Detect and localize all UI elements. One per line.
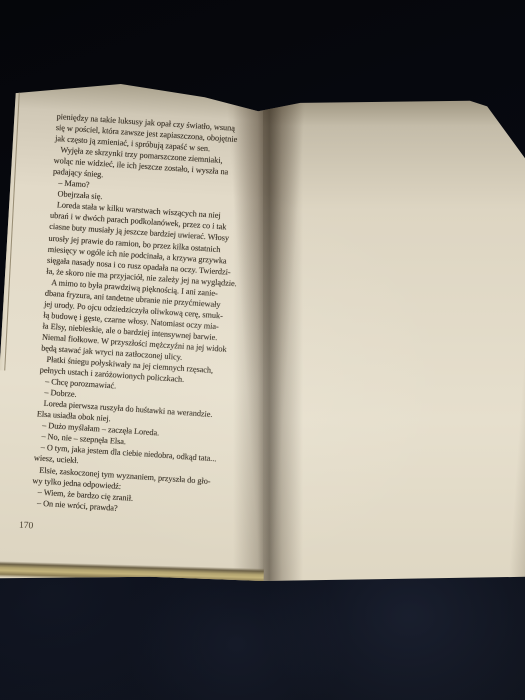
left-page-number: 170 [19, 521, 34, 532]
photo-background: pieniędzy na takie luksusy jak opał czy … [0, 0, 525, 700]
left-page: pieniędzy na takie luksusy jak opał czy … [0, 0, 263, 700]
book-gutter-shadow [233, 0, 303, 700]
left-page-fore-edge [0, 88, 20, 371]
open-book: pieniędzy na takie luksusy jak opał czy … [0, 0, 525, 700]
